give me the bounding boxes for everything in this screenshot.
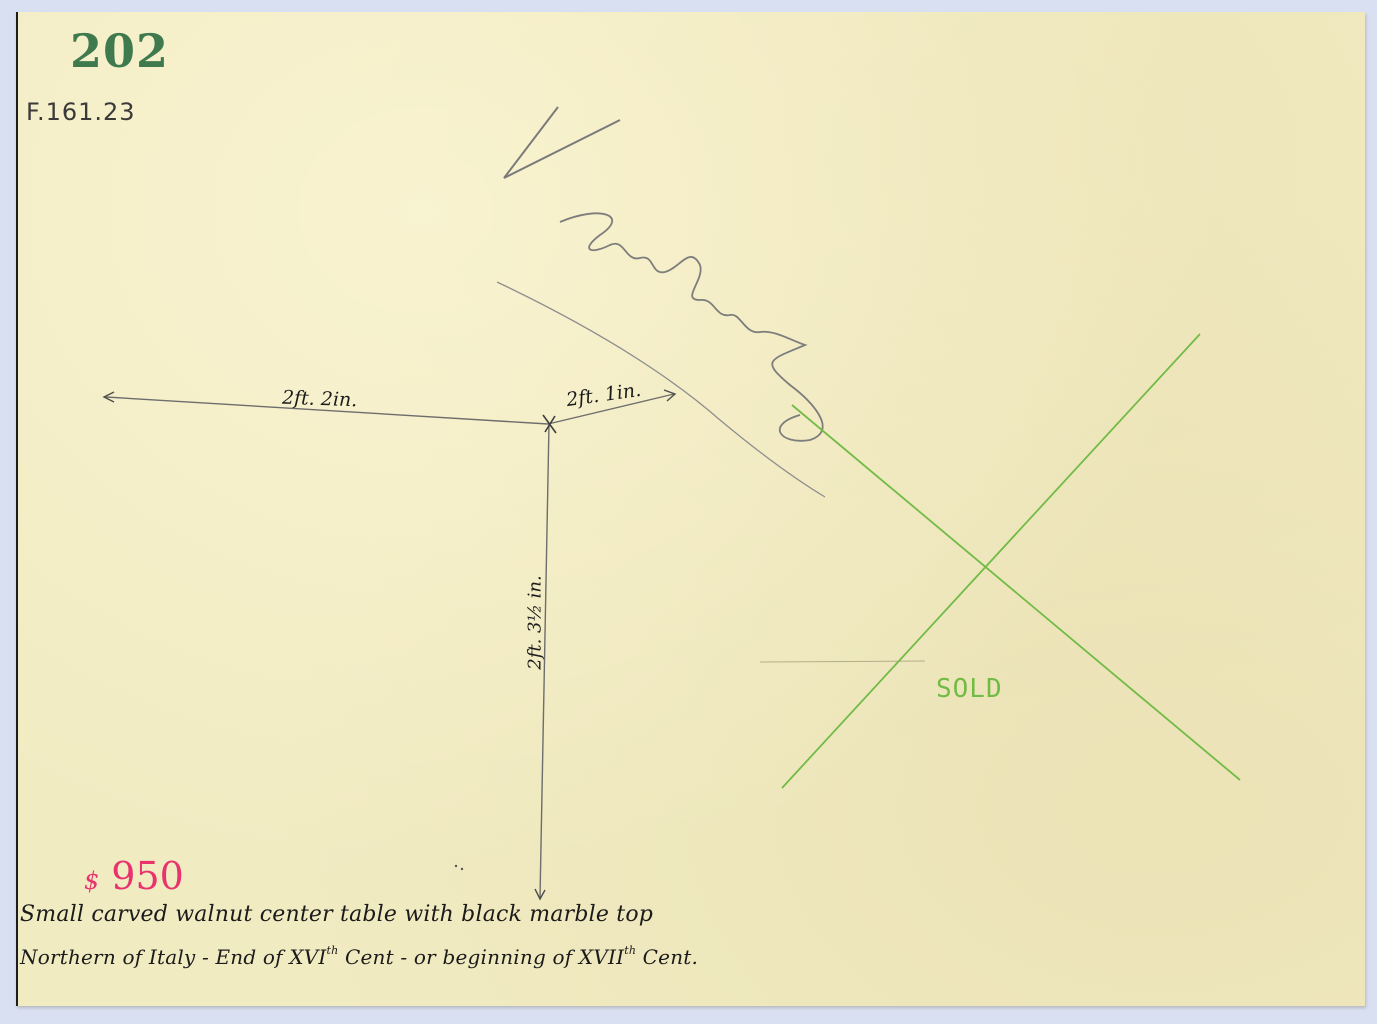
sold-cross-line-a bbox=[792, 405, 1240, 780]
height-dimension-label: 2ft. 3½ in. bbox=[525, 575, 546, 669]
speck bbox=[461, 868, 463, 870]
provenance-end: Cent. bbox=[643, 945, 698, 969]
price-currency: $ bbox=[84, 867, 99, 895]
faint-pencil-line bbox=[760, 661, 925, 662]
pencil-letter-v bbox=[504, 107, 620, 178]
price-amount: 950 bbox=[111, 854, 184, 898]
description-title: Small carved walnut center table with bl… bbox=[20, 902, 653, 927]
sold-label: SOLD bbox=[936, 674, 1003, 704]
scanned-document: 202 F.161.23 2ft. 2in. 2ft. 1in. 2ft. 3½… bbox=[0, 0, 1377, 1024]
width-dimension-label: 2ft. 2in. bbox=[282, 387, 358, 412]
provenance-middle: Cent - or beginning of XVII bbox=[345, 945, 624, 969]
ordinal-suffix: th bbox=[624, 944, 636, 957]
provenance-region: Northern of Italy - End of XVI bbox=[20, 945, 327, 969]
price-tag: $950 bbox=[84, 854, 184, 898]
reference-number: F.161.23 bbox=[26, 98, 136, 126]
speck bbox=[455, 865, 457, 867]
pencil-guide-line bbox=[497, 282, 825, 497]
description-provenance: Northern of Italy - End of XVIth Cent - … bbox=[20, 944, 698, 969]
card-linework bbox=[0, 0, 1377, 1024]
sold-cross-line-b bbox=[782, 334, 1200, 788]
ordinal-suffix: th bbox=[327, 944, 339, 957]
stamp-number: 202 bbox=[70, 24, 169, 78]
